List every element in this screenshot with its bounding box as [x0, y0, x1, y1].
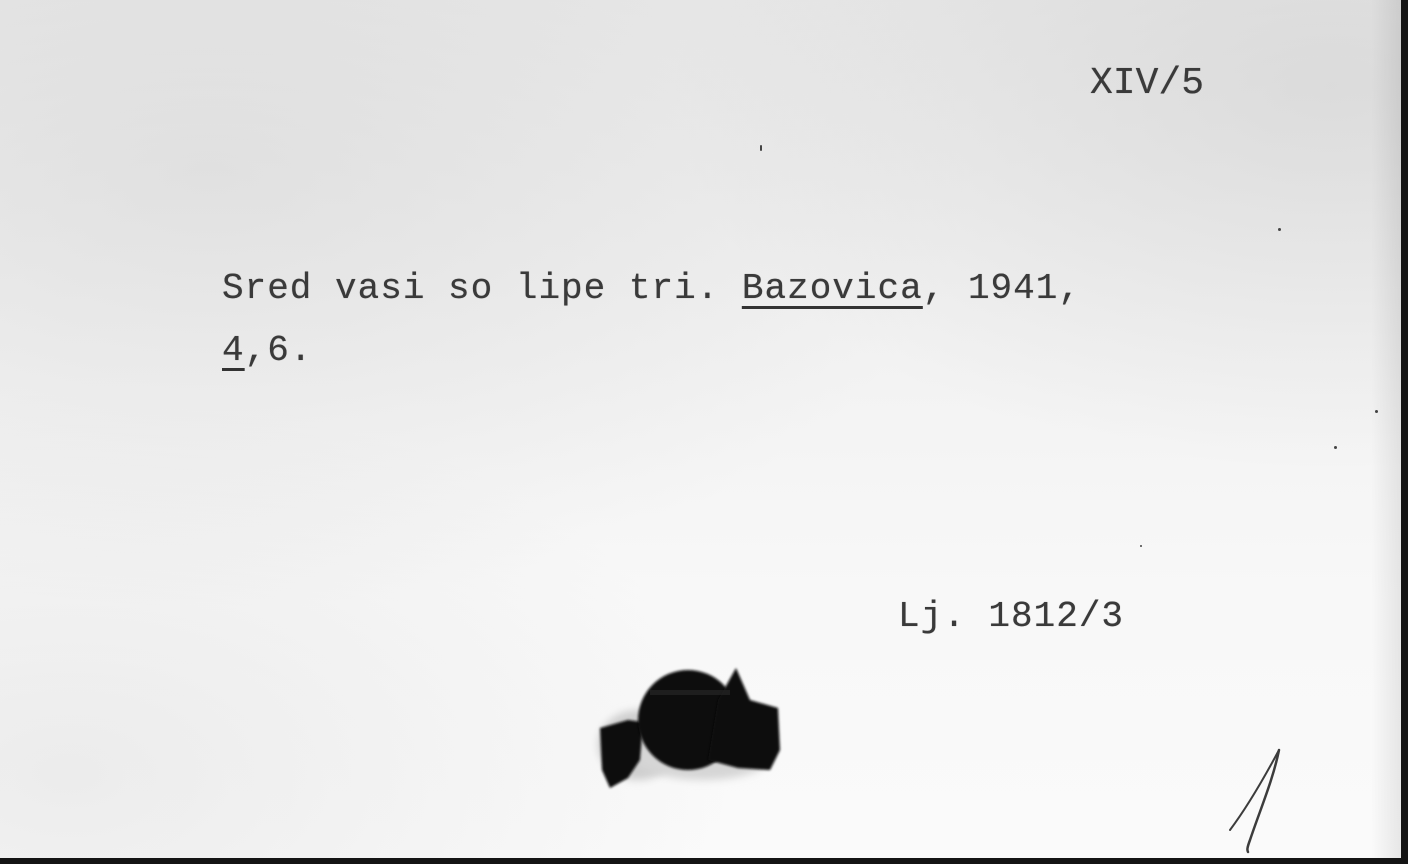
card-edge-bottom — [0, 858, 1408, 864]
paper-speck — [1375, 410, 1378, 413]
card-edge-right — [1401, 0, 1408, 864]
entry-pages: ,6. — [245, 330, 313, 371]
index-card: XIV/5 Sred vasi so lipe tri. Bazovica, 1… — [0, 0, 1401, 858]
paper-speck — [760, 145, 762, 151]
entry-line-2: 4,6. — [222, 330, 312, 371]
entry-place: Bazovica — [742, 268, 923, 309]
entry-volume: 4 — [222, 330, 245, 371]
place-separator: , — [923, 268, 946, 309]
archive-reference: Lj. 1812/3 — [898, 596, 1124, 637]
paper-speck — [1140, 545, 1142, 547]
entry-line-1: Sred vasi so lipe tri. Bazovica, 1941, — [222, 268, 1081, 309]
card-signature: XIV/5 — [1090, 62, 1204, 105]
punched-hole-icon — [588, 660, 788, 790]
entry-title: Sred vasi so lipe tri. — [222, 268, 719, 309]
handwritten-mark-icon — [1225, 740, 1285, 860]
paper-speck — [1278, 228, 1281, 231]
paper-speck — [1334, 446, 1337, 449]
entry-year: 1941, — [968, 268, 1081, 309]
